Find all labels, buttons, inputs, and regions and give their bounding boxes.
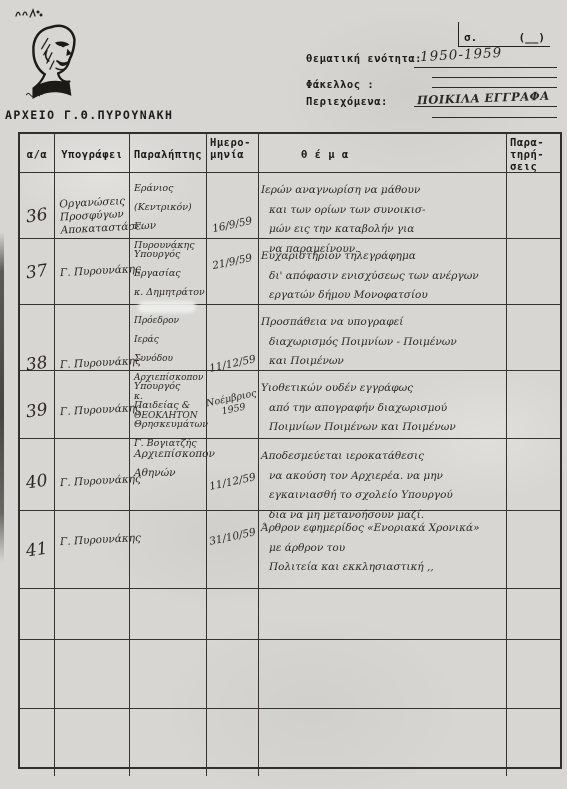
cell-signer: Γ. Πυρουνάκης — [55, 239, 130, 305]
column-header-date: Ημερο- μηνία — [207, 134, 259, 176]
blank-line — [432, 87, 557, 88]
field-value-thematic-unit: 1950-1959 — [420, 45, 503, 65]
cell-theme: Ευχαριστήριον τηλεγράφημα δι' απόφασιν ε… — [259, 239, 507, 305]
cell-signer: Γ. Πυρουνάκης — [55, 511, 130, 588]
cell-date — [207, 640, 259, 708]
table-row: 40 Γ. Πυρουνάκης Αρχιεπίσκοπον Αθηνών 11… — [20, 439, 560, 511]
field-label-thematic-unit: θεματική ενότητα: — [306, 53, 422, 65]
column-header-recipient: Παραλήπτης — [130, 134, 207, 176]
table-row: 36 Οργανώσεις Προσφύγων Αποκαταστάσεων Ε… — [20, 173, 560, 239]
column-header-signer: Υπογράφει — [55, 134, 130, 176]
cell-serial: 41 — [20, 511, 55, 588]
cell-theme — [259, 640, 507, 708]
blank-line — [414, 106, 557, 107]
cell-signer — [55, 589, 130, 639]
portrait-sketch — [22, 20, 88, 100]
table-row: 37 Γ. Πυρουνάκης Υπουργός Εργασίας κ. Δη… — [20, 239, 560, 305]
table-row: 38 Γ. Πυρουνάκης Πρόεδρον Ιεράς Συνόδου … — [20, 305, 560, 371]
field-label-contents: Περιεχόμενα: — [306, 96, 388, 108]
table-header-row: α/α Υπογράφει Παραλήπτης Ημερο- μηνία θ … — [20, 134, 560, 173]
column-header-notes: Παρα- τηρή- σεις — [507, 134, 560, 176]
cell-serial — [20, 640, 55, 708]
cell-notes — [507, 709, 560, 776]
table-row — [20, 709, 560, 776]
cell-signer — [55, 709, 130, 776]
table-row: 41 Γ. Πυρουνάκης 31/10/59 Άρθρον εφημερί… — [20, 511, 560, 589]
blank-line — [432, 117, 557, 118]
cell-notes — [507, 239, 560, 305]
cell-notes — [507, 589, 560, 639]
table-row: 39 Γ. Πυρουνάκης Υπουργός Παιδείας & Θρη… — [20, 371, 560, 439]
cell-date — [207, 589, 259, 639]
cell-recipient — [130, 640, 207, 708]
blank-line — [432, 77, 557, 78]
page-number-box: σ. (__) — [458, 22, 550, 47]
cell-recipient — [130, 589, 207, 639]
cell-theme: Άρθρον εφημερίδος «Ενοριακά Χρονικά» με … — [259, 511, 507, 588]
cell-notes — [507, 511, 560, 588]
archive-title: ΑΡΧΕΙΟ Γ.Θ.ΠΥΡΟΥΝΑΚΗ — [5, 108, 173, 122]
cell-date: 31/10/59 — [207, 511, 259, 588]
cell-recipient — [130, 709, 207, 776]
scanned-page: ΑΡΧΕΙΟ Γ.Θ.ΠΥΡΟΥΝΑΚΗ σ. (__) θεματική εν… — [0, 0, 567, 789]
cell-date: 21/9/59 — [207, 239, 259, 305]
sigma-label: σ. — [464, 31, 477, 44]
table-row — [20, 640, 560, 709]
handwritten-scribble-marks — [14, 6, 44, 20]
cell-serial — [20, 589, 55, 639]
cell-notes — [507, 640, 560, 708]
cell-theme — [259, 709, 507, 776]
cell-recipient: Υπουργός Εργασίας κ. Δημητράτον — [130, 239, 207, 305]
records-table: α/α Υπογράφει Παραλήπτης Ημερο- μηνία θ … — [18, 132, 562, 769]
correction-whiteout-mark — [138, 301, 196, 313]
cell-serial: 37 — [20, 239, 55, 305]
cell-theme — [259, 589, 507, 639]
column-header-serial: α/α — [20, 134, 55, 176]
cell-serial — [20, 709, 55, 776]
field-label-folder: Φάκελλος : — [306, 79, 374, 91]
field-value-contents: ΠΟΙΚΙΛΑ ΕΓΓΡΑΦΑ — [417, 89, 550, 108]
cell-recipient — [130, 511, 207, 588]
scan-edge-artifact — [0, 232, 4, 562]
table-row — [20, 589, 560, 640]
blank-line — [414, 67, 557, 68]
cell-signer — [55, 640, 130, 708]
paren-label: (__) — [519, 31, 546, 44]
cell-date — [207, 709, 259, 776]
column-header-theme: θ έ μ α — [259, 134, 507, 176]
